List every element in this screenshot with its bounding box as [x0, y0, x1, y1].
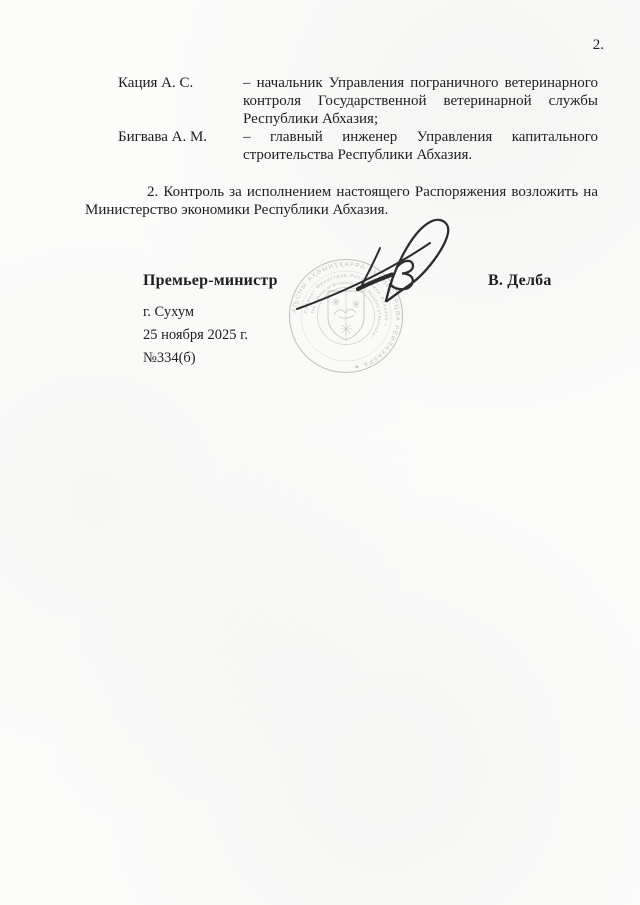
- official-name: Кация А. С.: [118, 74, 243, 128]
- position-line: Республики Абхазия;: [243, 110, 598, 128]
- position-line: строительства Республики Абхазия.: [243, 146, 598, 164]
- issue-city: г. Сухум: [143, 305, 194, 320]
- signatory-title: Премьер-министр: [143, 272, 278, 290]
- handwritten-signature-icon: [280, 213, 472, 315]
- officials-list: Кация А. С. – начальник Управления погра…: [118, 74, 598, 164]
- document-number: №334(б): [143, 351, 196, 366]
- official-name: Бигвава А. М.: [118, 128, 243, 164]
- position-line: – главный инженер Управления капитальног…: [243, 128, 598, 146]
- position-line: – начальник Управления пограничного вете…: [243, 74, 598, 92]
- page-number: 2.: [593, 37, 604, 53]
- position-line: контроля Государственной ветеринарной сл…: [243, 92, 598, 110]
- official-position: – главный инженер Управления капитальног…: [243, 128, 598, 164]
- official-row: Кация А. С. – начальник Управления погра…: [118, 74, 598, 128]
- paragraph-line: 2. Контроль за исполнением настоящего Ра…: [85, 183, 598, 201]
- issue-date: 25 ноября 2025 г.: [143, 328, 248, 343]
- official-position: – начальник Управления пограничного вете…: [243, 74, 598, 128]
- document-page: 2. Кация А. С. – начальник Управления по…: [0, 0, 640, 905]
- official-row: Бигвава А. М. – главный инженер Управлен…: [118, 128, 598, 164]
- signatory-name: В. Делба: [488, 272, 552, 290]
